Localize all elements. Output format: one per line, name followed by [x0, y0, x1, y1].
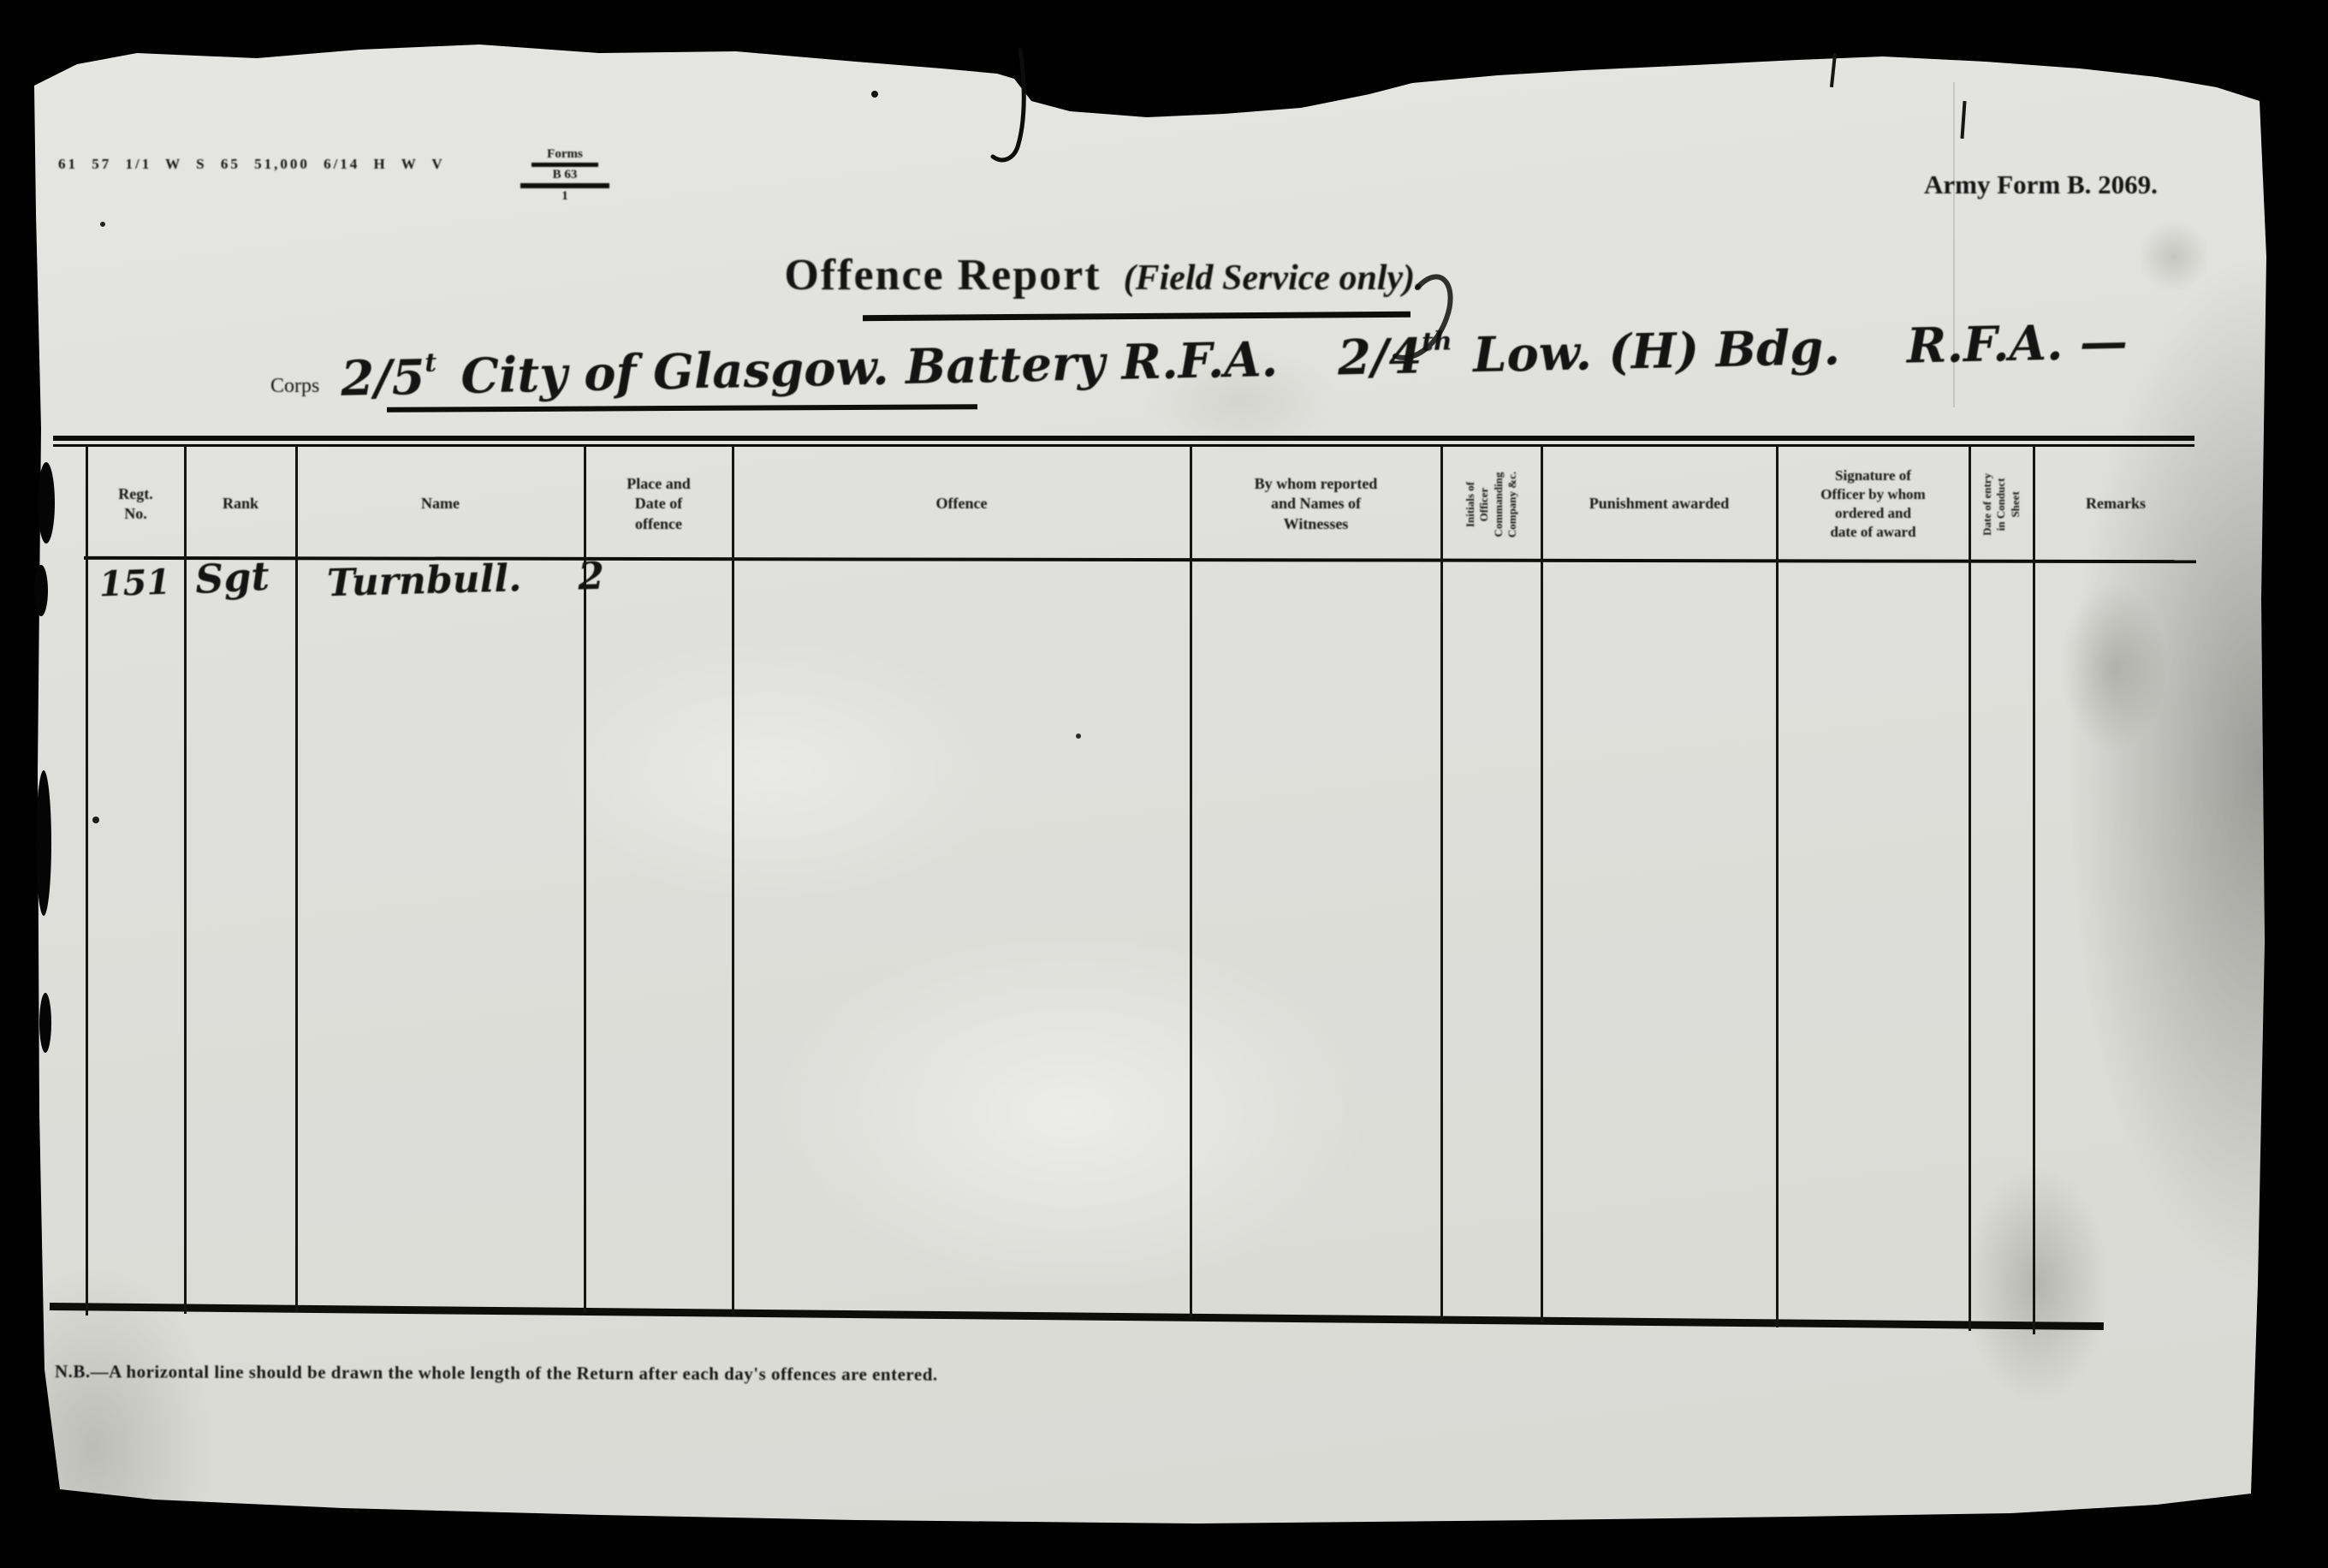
ink-speck [100, 222, 105, 227]
fold-crease [1953, 82, 1955, 407]
stray-mark [1960, 101, 1966, 139]
handwriting-flourish [1395, 276, 1451, 358]
ink-speck [1076, 734, 1081, 739]
ink-speck [871, 91, 878, 98]
stray-mark [1830, 53, 1837, 87]
pen-stroke-mark [993, 50, 1024, 160]
torn-edge-shadow [34, 565, 48, 616]
torn-edge-shadow [38, 462, 55, 543]
scanned-document-page: { "page": { "print_code": "61 57 1/1 W S… [0, 0, 2328, 1568]
torn-edge-shadow [36, 770, 51, 916]
scan-artifacts-overlay [0, 0, 2328, 1568]
torn-edge-shadow [39, 993, 51, 1053]
ink-speck [92, 817, 99, 823]
